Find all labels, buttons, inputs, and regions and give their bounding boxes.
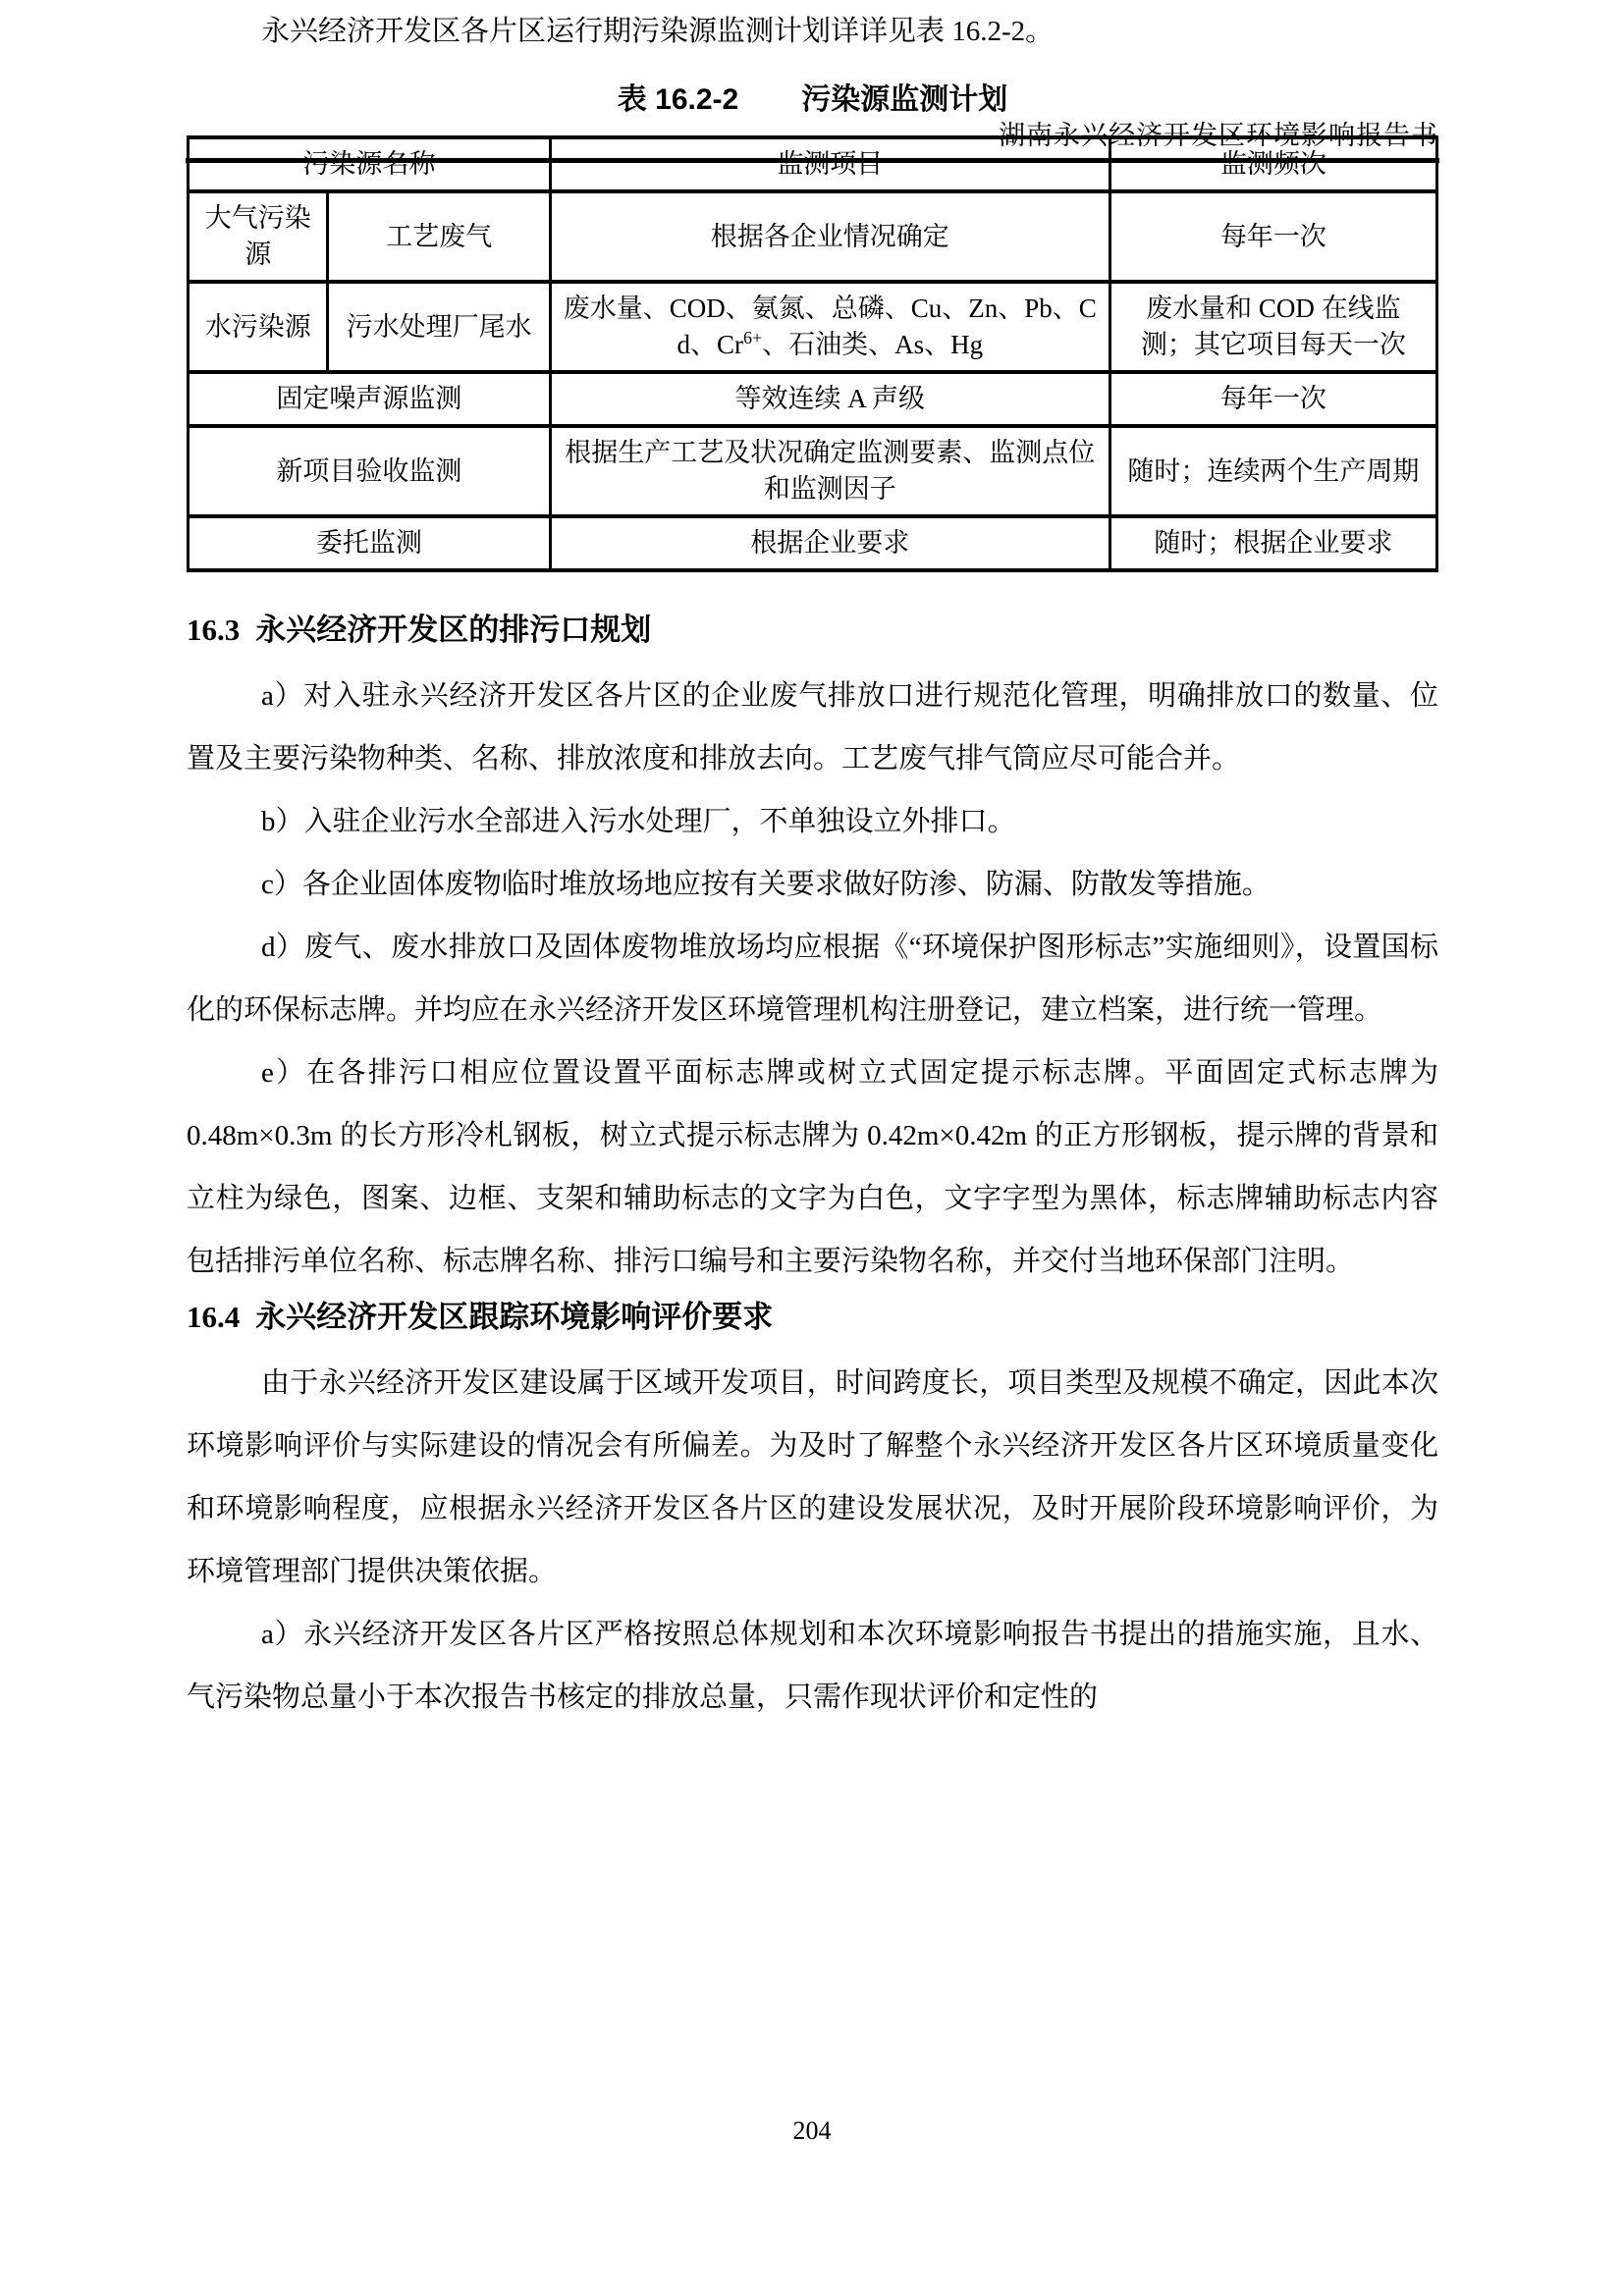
section-16-3-title: 永兴经济开发区的排污口规划: [255, 613, 651, 647]
section-16-4-number: 16.4: [187, 1300, 240, 1334]
paragraph-16-4-intro: 由于永兴经济开发区建设属于区域开发项目，时间跨度长，项目类型及规模不确定，因此本…: [187, 1352, 1438, 1603]
table-row-new-project: 新项目验收监测 根据生产工艺及状况确定监测要素、监测点位和监测因子 随时；连续两…: [189, 426, 1437, 516]
entrusted-items-cell: 根据企业要求: [550, 516, 1110, 570]
paragraph-16-3-a: a）对入驻永兴经济开发区各片区的企业废气排放口进行规范化管理，明确排放口的数量、…: [187, 665, 1438, 790]
new-project-source-cell: 新项目验收监测: [189, 426, 551, 516]
page-number: 204: [0, 2116, 1624, 2146]
monitoring-plan-table: 污染源名称 监测项目 监测频次 大气污染源 工艺废气 根据各企业情况确定 每年一…: [187, 135, 1438, 572]
section-16-4-title: 永兴经济开发区跟踪环境影响评价要求: [255, 1300, 773, 1334]
water-category-cell: 水污染源: [189, 282, 328, 372]
water-source-cell: 污水处理厂尾水: [328, 282, 550, 372]
section-16-3-number: 16.3: [187, 613, 240, 647]
section-16-4-heading: 16.4永兴经济开发区跟踪环境影响评价要求: [187, 1295, 1438, 1340]
water-items-text-tail: 、石油类、As、Hg: [762, 330, 983, 359]
water-items-cell: 废水量、COD、氨氮、总磷、Cu、Zn、Pb、Cd、Cr6+、石油类、As、Hg: [550, 282, 1110, 372]
paragraph-16-3-c: c）各企业固体废物临时堆放场地应按有关要求做好防渗、防漏、防散发等措施。: [187, 853, 1438, 916]
paragraph-16-3-e: e）在各排污口相应位置设置平面标志牌或树立式固定提示标志牌。平面固定式标志牌为 …: [187, 1041, 1438, 1293]
noise-items-cell: 等效连续 A 声级: [550, 372, 1110, 426]
intro-paragraph: 永兴经济开发区各片区运行期污染源监测计划详详见表 16.2-2。: [187, 0, 1438, 63]
table-row-air: 大气污染源 工艺废气 根据各企业情况确定 每年一次: [189, 191, 1437, 282]
section-16-4-body: 由于永兴经济开发区建设属于区域开发项目，时间跨度长，项目类型及规模不确定，因此本…: [187, 1352, 1438, 1729]
section-16-3-body: a）对入驻永兴经济开发区各片区的企业废气排放口进行规范化管理，明确排放口的数量、…: [187, 665, 1438, 1293]
air-source-cell: 工艺废气: [328, 191, 550, 282]
noise-frequency-cell: 每年一次: [1110, 372, 1436, 426]
air-category-cell: 大气污染源: [189, 191, 328, 282]
table-caption-label: 表 16.2-2: [618, 83, 738, 116]
table-header-row: 污染源名称 监测项目 监测频次: [189, 137, 1437, 191]
entrusted-source-cell: 委托监测: [189, 516, 551, 570]
col-header-items: 监测项目: [550, 137, 1110, 191]
document-page: 湖南永兴经济开发区环境影响报告书 永兴经济开发区各片区运行期污染源监测计划详详见…: [0, 0, 1624, 2296]
col-header-frequency: 监测频次: [1110, 137, 1436, 191]
air-frequency-cell: 每年一次: [1110, 191, 1436, 282]
section-16-3-heading: 16.3永兴经济开发区的排污口规划: [187, 608, 1438, 653]
air-items-cell: 根据各企业情况确定: [550, 191, 1110, 282]
table-caption-title: 污染源监测计划: [801, 83, 1007, 116]
table-row-entrusted: 委托监测 根据企业要求 随时；根据企业要求: [189, 516, 1437, 570]
paragraph-16-3-d: d）废气、废水排放口及固体废物堆放场均应根据《“环境保护图形标志”实施细则》，设…: [187, 916, 1438, 1041]
table-caption: 表 16.2-2污染源监测计划: [187, 77, 1438, 124]
new-project-items-cell: 根据生产工艺及状况确定监测要素、监测点位和监测因子: [550, 426, 1110, 516]
water-items-superscript: 6+: [743, 328, 762, 347]
entrusted-frequency-cell: 随时；根据企业要求: [1110, 516, 1436, 570]
table-row-water: 水污染源 污水处理厂尾水 废水量、COD、氨氮、总磷、Cu、Zn、Pb、Cd、C…: [189, 282, 1437, 372]
paragraph-16-3-b: b）入驻企业污水全部进入污水处理厂，不单独设立外排口。: [187, 790, 1438, 853]
new-project-frequency-cell: 随时；连续两个生产周期: [1110, 426, 1436, 516]
paragraph-16-4-a: a）永兴经济开发区各片区严格按照总体规划和本次环境影响报告书提出的措施实施，且水…: [187, 1603, 1438, 1729]
col-header-source: 污染源名称: [189, 137, 551, 191]
page-content: 永兴经济开发区各片区运行期污染源监测计划详详见表 16.2-2。 表 16.2-…: [187, 0, 1438, 1729]
water-frequency-cell: 废水量和 COD 在线监测；其它项目每天一次: [1110, 282, 1436, 372]
noise-source-cell: 固定噪声源监测: [189, 372, 551, 426]
table-row-noise: 固定噪声源监测 等效连续 A 声级 每年一次: [189, 372, 1437, 426]
